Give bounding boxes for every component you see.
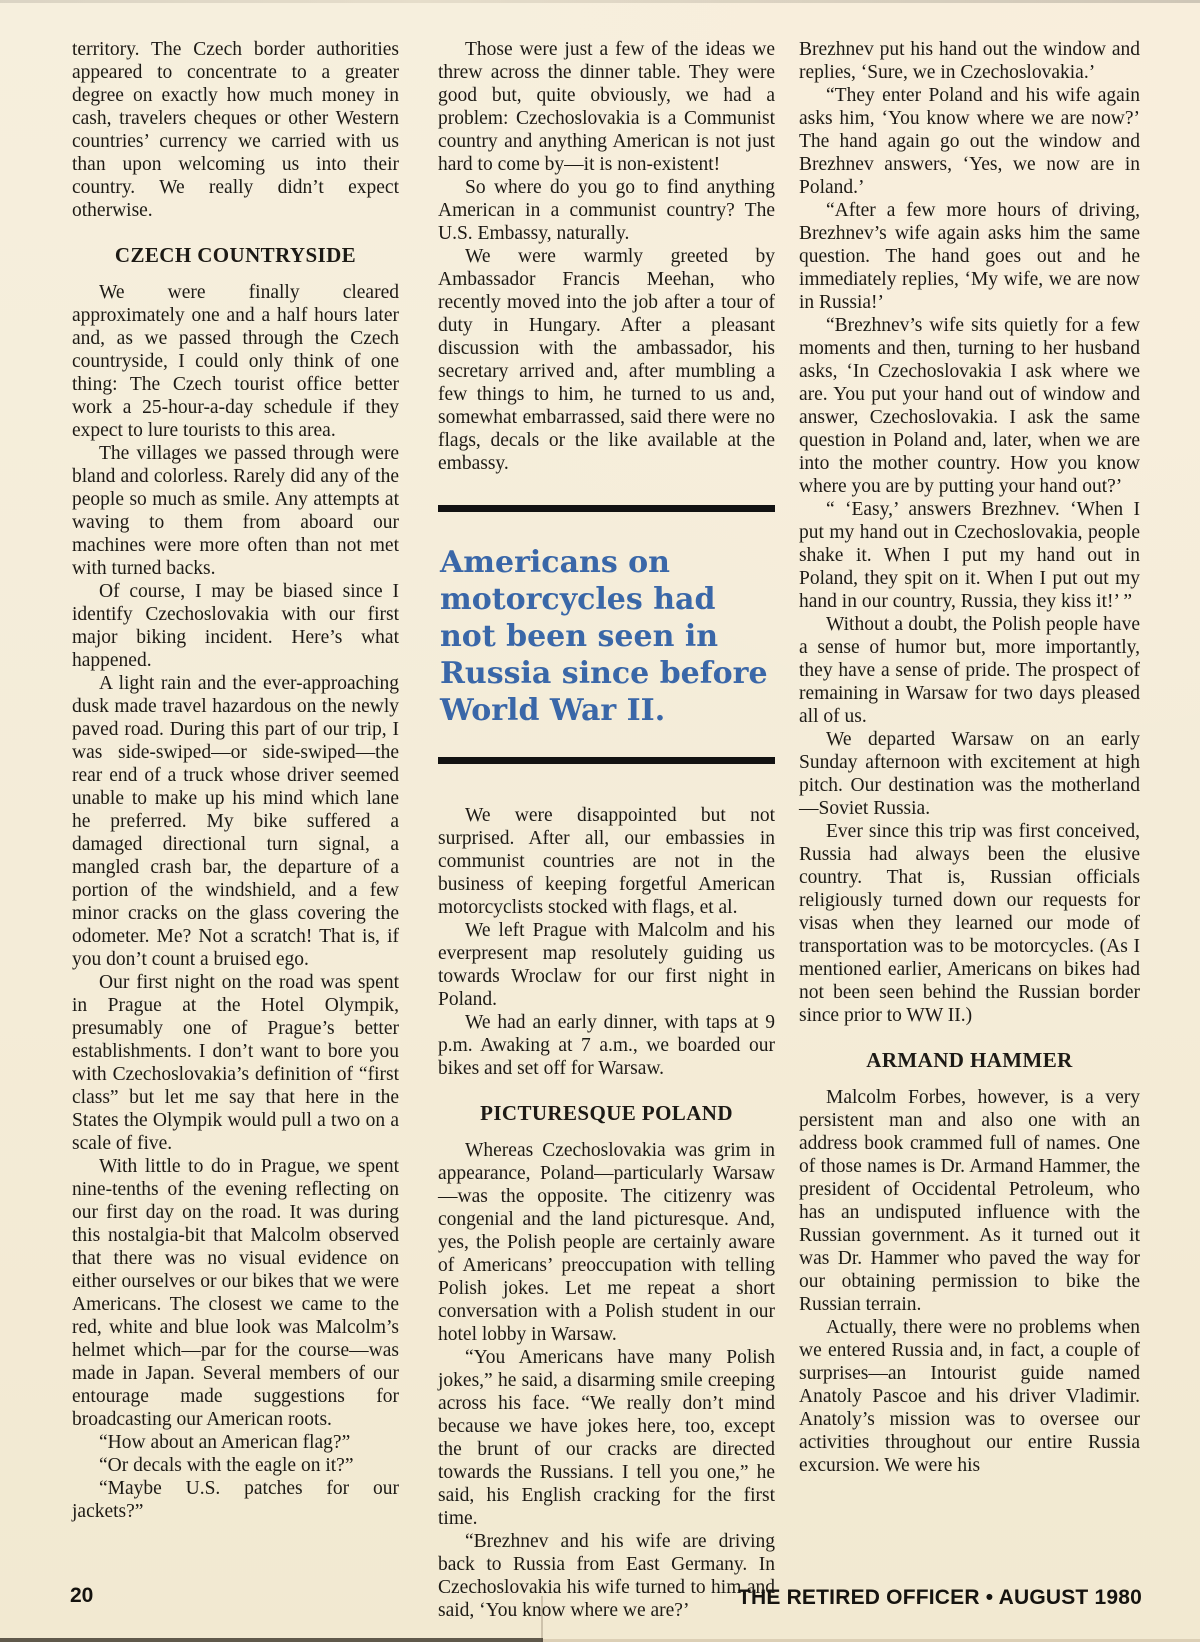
magazine-issue-footer: THE RETIRED OFFICER • AUGUST 1980 (738, 1586, 1142, 1610)
paragraph: We had an early dinner, with taps at 9 p… (438, 1011, 775, 1080)
pull-quote-text: Americans on motorcycles had not been se… (440, 544, 773, 729)
paragraph: “Brezhnev’s wife sits quietly for a few … (799, 314, 1140, 498)
paragraph: Brezhnev put his hand out the window and… (799, 38, 1140, 84)
paragraph: We were warmly greeted by Ambassador Fra… (438, 245, 775, 475)
paragraph: “You Americans have many Polish jokes,” … (438, 1346, 775, 1530)
paragraph: territory. The Czech border authorities … (72, 38, 399, 222)
paragraph: We departed Warsaw on an early Sunday af… (799, 728, 1140, 820)
paragraph: Malcolm Forbes, however, is a very persi… (799, 1086, 1140, 1316)
section-heading-armand-hammer: ARMAND HAMMER (799, 1049, 1140, 1072)
paragraph-quote-line: “How about an American flag?” (72, 1431, 399, 1454)
page-number: 20 (70, 1584, 93, 1608)
paragraph: “After a few more hours of driving, Brez… (799, 199, 1140, 314)
pull-quote-block: Americans on motorcycles had not been se… (438, 505, 775, 764)
section-heading-czech-countryside: CZECH COUNTRYSIDE (72, 244, 399, 267)
paragraph: “They enter Poland and his wife again as… (799, 84, 1140, 199)
paragraph: We were finally cleared approximately on… (72, 281, 399, 442)
paragraph-quote-line: “Maybe U.S. patches for our jackets?” (72, 1477, 399, 1523)
paragraph: Our first night on the road was spent in… (72, 971, 399, 1155)
scan-seam (541, 1596, 543, 1642)
paragraph: Of course, I may be biased since I ident… (72, 580, 399, 672)
section-heading-picturesque-poland: PICTURESQUE POLAND (438, 1102, 775, 1125)
paragraph: With little to do in Prague, we spent ni… (72, 1155, 399, 1431)
paragraph: The villages we passed through were blan… (72, 442, 399, 580)
paragraph: Actually, there were no problems when we… (799, 1316, 1140, 1477)
paragraph: Without a doubt, the Polish people have … (799, 613, 1140, 728)
paragraph: Ever since this trip was first conceived… (799, 820, 1140, 1027)
paragraph: Whereas Czechoslovakia was grim in appea… (438, 1139, 775, 1346)
paragraph: We were disappointed but not surprised. … (438, 804, 775, 919)
column-left: territory. The Czech border authorities … (72, 38, 399, 1523)
magazine-page: territory. The Czech border authorities … (0, 0, 1200, 1642)
paragraph: Those were just a few of the ideas we th… (438, 38, 775, 176)
scan-bottom-edge-dark (0, 1638, 543, 1642)
paragraph: “Brezhnev and his wife are driving back … (438, 1530, 775, 1622)
scan-top-edge (0, 0, 1200, 3)
paragraph: We left Prague with Malcolm and his ever… (438, 919, 775, 1011)
column-right: Brezhnev put his hand out the window and… (799, 38, 1140, 1477)
paragraph: A light rain and the ever-approaching du… (72, 672, 399, 971)
paragraph: So where do you go to find anything Amer… (438, 176, 775, 245)
paragraph-quote-line: “Or decals with the eagle on it?” (72, 1454, 399, 1477)
paragraph: “ ‘Easy,’ answers Brezhnev. ‘When I put … (799, 498, 1140, 613)
column-middle: Those were just a few of the ideas we th… (438, 38, 775, 1622)
